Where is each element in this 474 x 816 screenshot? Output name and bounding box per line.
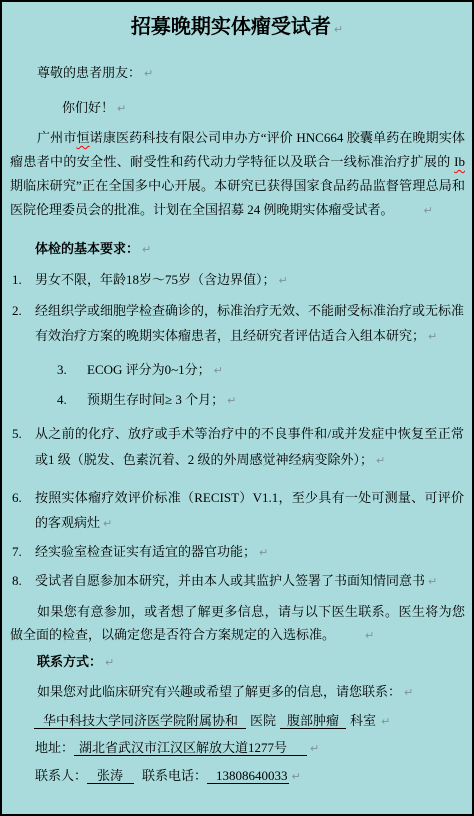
requirement-item-2: 2. 经组织学或细胞学检查确诊的，标准治疗无效、不能耐受标准治疗或无标准有效治疗… [12,298,464,349]
hospital-label: 医院 [250,713,276,728]
item-number: 7. [12,540,35,564]
requirements-heading-text: 体检的基本要求： [35,241,139,256]
contact-heading-text: 联系方式： [37,654,102,669]
item-text-wrap: 经实验室检查证实有适宜的器官功能；↵ [35,540,464,565]
item-text-wrap: 预期生存时间≥ 3 个月；↵ [87,388,464,413]
contact-person-line: 联系人：张涛联系电话：13808640033↵ [35,765,301,788]
requirement-item-1: 1. 男女不限，年龄18岁～75岁（含边界值）；↵ [12,268,464,293]
item-text-wrap: 男女不限，年龄18岁～75岁（含边界值）；↵ [35,268,464,293]
requirement-item-4: 4. 预期生存时间≥ 3 个月；↵ [57,388,464,413]
contact-intro-text: 如果您对此临床研究有兴趣或希望了解更多的信息，请您联系： [37,684,401,699]
paragraph-mark-icon: ↵ [334,18,343,42]
requirement-item-7: 7. 经实验室检查证实有适宜的器官功能；↵ [12,540,464,565]
paragraph-mark-icon: ↵ [103,511,112,536]
item-text: 预期生存时间≥ 3 个月； [87,392,224,407]
contact-phone-label: 联系电话： [142,768,207,783]
greeting-line: 你们好！↵ [62,97,126,120]
item-number: 2. [12,298,35,323]
hospital-name: 华中科技大学同济医学院附属协和 [34,713,246,729]
salutation-line: 尊敬的患者朋友：↵ [37,62,153,85]
paragraph-mark-icon: ↵ [279,269,288,293]
intro-seg1: 广州市 [37,130,76,145]
contact-phone-number: 13808640033 [207,768,289,784]
paragraph-mark-icon: ↵ [292,766,301,788]
paragraph-mark-icon: ↵ [259,541,268,565]
item-number: 1. [12,268,35,292]
paragraph-mark-icon: ↵ [428,324,437,349]
department-name: 腹部肿瘤 [280,713,346,729]
contact-person-name: 张涛 [87,768,134,784]
hospital-line: 华中科技大学同济医学院附属协和医院腹部肿瘤科室↵ [32,710,390,733]
requirements-heading: 体检的基本要求：↵ [35,238,151,261]
item-text: 受试者自愿参加本研究，并由本人或其监护人签署了书面知情同意书 [35,573,425,588]
page-title-text: 招募晚期实体瘤受试者 [131,16,331,38]
address-line: 地址：湖北省武汉市江汉区解放大道1277号↵ [35,737,319,760]
item-number: 4. [57,388,87,412]
contact-person-label: 联系人： [35,768,87,783]
participation-note: 如果您有意参加，或者想了解更多信息，请与以下医生联系。医生将为您做全面的检查，以… [10,600,465,647]
contact-heading: 联系方式：↵ [37,651,114,674]
item-text: ECOG 评分为0~1分； [87,362,211,377]
item-number: 6. [12,485,35,510]
requirement-item-3: 3. ECOG 评分为0~1分；↵ [57,358,464,383]
requirement-item-5: 5. 从之前的化疗、放疗或手术等治疗中的不良事件和/或并发症中恢复至正常或1 级… [12,421,464,474]
item-text: 男女不限，年龄18岁～75岁（含边界值）； [35,272,276,287]
spellcheck-word: Ib [454,154,465,169]
address-value: 湖北省武汉市江汉区解放大道1277号 [74,740,307,756]
item-number: 5. [12,421,35,447]
item-text-wrap: 经组织学或细胞学检查确诊的，标准治疗无效、不能耐受标准治疗或无标准有效治疗方案的… [35,298,464,349]
department-label: 科室 [350,713,376,728]
greeting-text: 你们好！ [62,100,114,115]
requirement-item-8: 8. 受试者自愿参加本研究，并由本人或其监护人签署了书面知情同意书↵ [12,569,464,594]
page-title: 招募晚期实体瘤受试者↵ [2,15,472,42]
participation-note-text: 如果您有意参加，或者想了解更多信息，请与以下医生联系。医生将为您做全面的检查，以… [10,604,465,642]
paragraph-mark-icon: ↵ [428,570,437,594]
paragraph-mark-icon: ↵ [397,199,433,223]
recruitment-notice-page: 招募晚期实体瘤受试者↵ 尊敬的患者朋友：↵ 你们好！↵ 广州市恒诺康医药科技有限… [0,0,474,816]
item-text: 经组织学或细胞学检查确诊的，标准治疗无效、不能耐受标准治疗或无标准有效治疗方案的… [35,303,464,343]
paragraph-mark-icon: ↵ [227,389,236,413]
item-text: 按照实体瘤疗效评价标准（RECIST）V1.1，至少具有一处可测量、可评价的客观… [35,490,464,530]
paragraph-mark-icon: ↵ [338,624,374,647]
salutation-text: 尊敬的患者朋友： [37,65,141,80]
contact-intro-line: 如果您对此临床研究有兴趣或希望了解更多的信息，请您联系：↵ [37,681,413,704]
paragraph-mark-icon: ↵ [214,359,223,383]
address-label: 地址： [35,740,74,755]
paragraph-mark-icon: ↵ [105,652,114,674]
paragraph-mark-icon: ↵ [376,448,385,474]
item-text: 经实验室检查证实有适宜的器官功能； [35,544,256,559]
item-number: 8. [12,569,35,593]
item-text-wrap: 受试者自愿参加本研究，并由本人或其监护人签署了书面知情同意书↵ [35,569,464,594]
paragraph-mark-icon: ↵ [144,63,153,85]
paragraph-mark-icon: ↵ [381,711,390,733]
spellcheck-word: 恒 [76,130,89,145]
item-text-wrap: ECOG 评分为0~1分；↵ [87,358,464,383]
paragraph-mark-icon: ↵ [404,682,413,704]
intro-paragraph: 广州市恒诺康医药科技有限公司申办方“评价 HNC664 胶囊单药在晚期实体瘤患者… [10,126,465,223]
paragraph-mark-icon: ↵ [142,239,151,261]
item-text-wrap: 从之前的化疗、放疗或手术等治疗中的不良事件和/或并发症中恢复至正常或1 级（脱发… [35,421,464,474]
item-text-wrap: 按照实体瘤疗效评价标准（RECIST）V1.1，至少具有一处可测量、可评价的客观… [35,485,464,536]
item-number: 3. [57,358,87,382]
paragraph-mark-icon: ↵ [310,738,319,760]
requirement-item-6: 6. 按照实体瘤疗效评价标准（RECIST）V1.1，至少具有一处可测量、可评价… [12,485,464,536]
item-text: 从之前的化疗、放疗或手术等治疗中的不良事件和/或并发症中恢复至正常或1 级（脱发… [35,426,464,467]
paragraph-mark-icon: ↵ [117,98,126,120]
